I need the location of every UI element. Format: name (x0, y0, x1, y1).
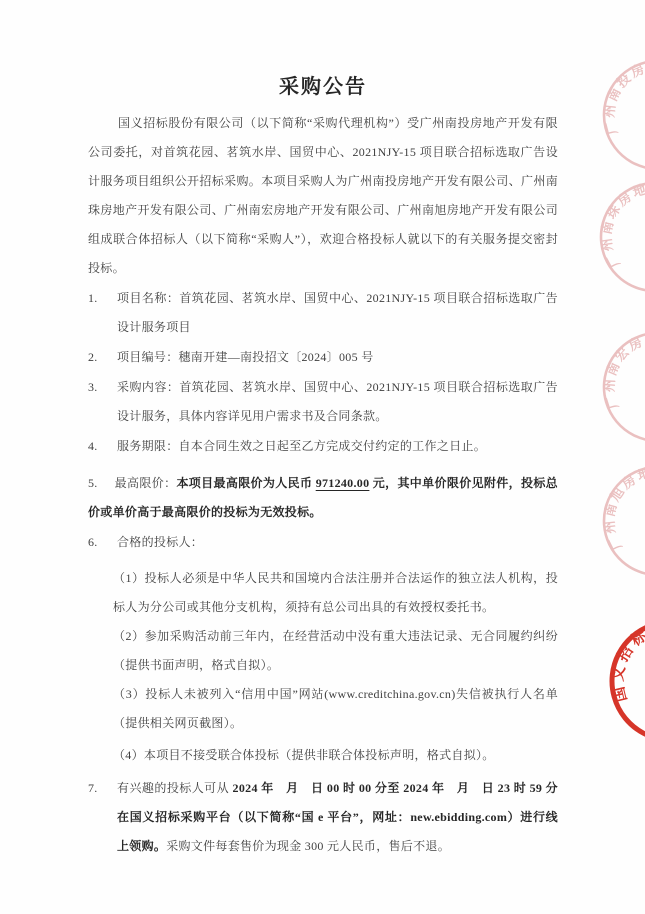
list-item-procurement-content: 3. 采购内容：首筑花园、茗筑水岸、国贸中心、2021NJY-15 项目联合招标… (88, 373, 558, 431)
sub-item-2: （2）参加采购活动前三年内，在经营活动中没有重大违法记录、无合同履约纠纷（提供书… (113, 622, 558, 680)
seal-ring-icon (600, 463, 645, 578)
item-number: 5. (88, 476, 98, 490)
company-seal-nanhong: 广州南宏房地产开发有限公司 (594, 323, 645, 451)
item-text: 项目名称：首筑花园、茗筑水岸、国贸中心、2021NJY-15 项目联合招标选取广… (117, 291, 558, 334)
seal-ring-icon (596, 178, 645, 297)
company-seal-nanzhu: 广州南珠房地产开发有限公司 (590, 172, 645, 302)
item-text: 采购内容：首筑花园、茗筑水岸、国贸中心、2021NJY-15 项目联合招标选取广… (117, 380, 558, 423)
seal-ring-icon (606, 616, 645, 746)
list-item-price-ceiling: 5.最高限价：本项目最高限价为人民币 971240.00 元，其中单价限价见附件… (88, 469, 558, 527)
item-text: 采购文件每套售价为现金 300 元人民币，售后不退。 (166, 839, 450, 853)
svg-text:国义招标股份有限公司: 国义招标股份有限公司 (607, 611, 645, 716)
page-title: 采购公告 (88, 72, 558, 102)
item-text: 合格的投标人： (117, 535, 203, 549)
sub-item-1: （1）投标人必须是中华人民共和国境内合法注册并合法运作的独立法人机构，投标人为分… (113, 564, 558, 622)
sub-item-4: （4）本项目不接受联合体投标（提供非联合体投标声明，格式自拟）。 (113, 741, 558, 770)
item-bold-text: 本项目最高限价为人民币 (176, 476, 315, 490)
item-label: 最高限价： (115, 476, 177, 490)
seal-company-name: 广州南旭房地产开发有限公司 (595, 458, 645, 554)
company-seal-nanxu: 广州南旭房地产开发有限公司 (595, 458, 645, 584)
item-number: 7. (88, 774, 98, 803)
intro-paragraph: 国义招标股份有限公司（以下简称“采购代理机构”）受广州南投房地产开发有限公司委托… (88, 109, 558, 283)
svg-text:广州南珠房地产开发有限公司: 广州南珠房地产开发有限公司 (590, 172, 645, 272)
item-text: 项目编号：穗南开建—南投招文〔2024〕005 号 (117, 350, 374, 364)
document-page: 采购公告 国义招标股份有限公司（以下简称“采购代理机构”）受广州南投房地产开发有… (0, 0, 645, 914)
seal-company-name: 广州南珠房地产开发有限公司 (590, 172, 645, 272)
item-number: 6. (88, 528, 98, 557)
item-number: 1. (88, 284, 98, 313)
svg-text:广州南投房地产开发有限公司: 广州南投房地产开发有限公司 (591, 48, 645, 150)
seal-company-name: 国义招标股份有限公司 (607, 611, 645, 716)
company-seal-nantou: 广州南投房地产开发有限公司 (591, 48, 645, 181)
item-number: 2. (88, 343, 98, 372)
list-item-project-name: 1. 项目名称：首筑花园、茗筑水岸、国贸中心、2021NJY-15 项目联合招标… (88, 284, 558, 342)
list-item-purchase-info: 7.有兴趣的投标人可从 2024 年 月 日 00 时 00 分至 2024 年… (88, 774, 558, 861)
item-number: 4. (88, 432, 98, 461)
company-seal-guoyi: 国义招标股份有限公司 (600, 610, 645, 753)
seal-ring-icon (599, 328, 645, 445)
seal-company-name: 广州南宏房地产开发有限公司 (594, 323, 645, 420)
seal-ring-icon (597, 54, 645, 176)
item-text: 服务期限：自本合同生效之日起至乙方完成交付约定的工作之日止。 (117, 439, 486, 453)
item-number: 3. (88, 373, 98, 402)
svg-text:广州南旭房地产开发有限公司: 广州南旭房地产开发有限公司 (595, 458, 645, 554)
item-text: 有兴趣的投标人可从 (117, 781, 233, 795)
list-item-project-number: 2. 项目编号：穗南开建—南投招文〔2024〕005 号 (88, 343, 558, 372)
seal-company-name: 广州南投房地产开发有限公司 (591, 48, 645, 150)
list-item-service-period: 4. 服务期限：自本合同生效之日起至乙方完成交付约定的工作之日止。 (88, 432, 558, 461)
price-value: 971240.00 (316, 476, 370, 490)
svg-text:广州南宏房地产开发有限公司: 广州南宏房地产开发有限公司 (594, 323, 645, 420)
announcement-body: 采购公告 国义招标股份有限公司（以下简称“采购代理机构”）受广州南投房地产开发有… (88, 72, 558, 861)
list-item-qualified-bidders: 6. 合格的投标人： (88, 528, 558, 557)
sub-item-3: （3）投标人未被列入“信用中国”网站(www.creditchina.gov.c… (113, 680, 558, 738)
